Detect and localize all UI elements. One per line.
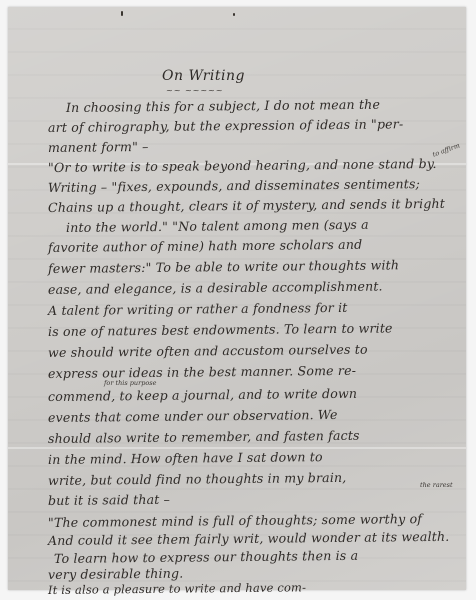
interlinear-note: for this purpose (104, 379, 156, 387)
scan-background: On Writing ~~ ~~~~~ In choosing this for… (0, 0, 476, 600)
text-line: but it is said that – (48, 492, 170, 508)
pin-mark (121, 11, 123, 16)
text-line: manent form" – (48, 139, 149, 155)
pin-mark (233, 13, 235, 16)
document-title: On Writing (162, 68, 245, 84)
text-line: It is also a pleasure to write and have … (48, 580, 306, 597)
text-line: into the world." "No talent among men (s… (66, 217, 369, 235)
text-line: events that come under our observation. … (48, 407, 338, 425)
title-underline-flourish: ~~ ~~~~~ (166, 86, 223, 95)
fold-crease (8, 447, 466, 449)
text-line: in the mind. How often have I sat down t… (48, 449, 323, 467)
text-line: A talent for writing or rather a fondnes… (48, 300, 348, 318)
text-line: write, but could find no thoughts in my … (48, 470, 347, 488)
text-line: very desirable thing. (48, 566, 183, 582)
text-line: To learn how to express our thoughts the… (54, 548, 358, 566)
interlinear-note: the rarest (420, 481, 453, 489)
